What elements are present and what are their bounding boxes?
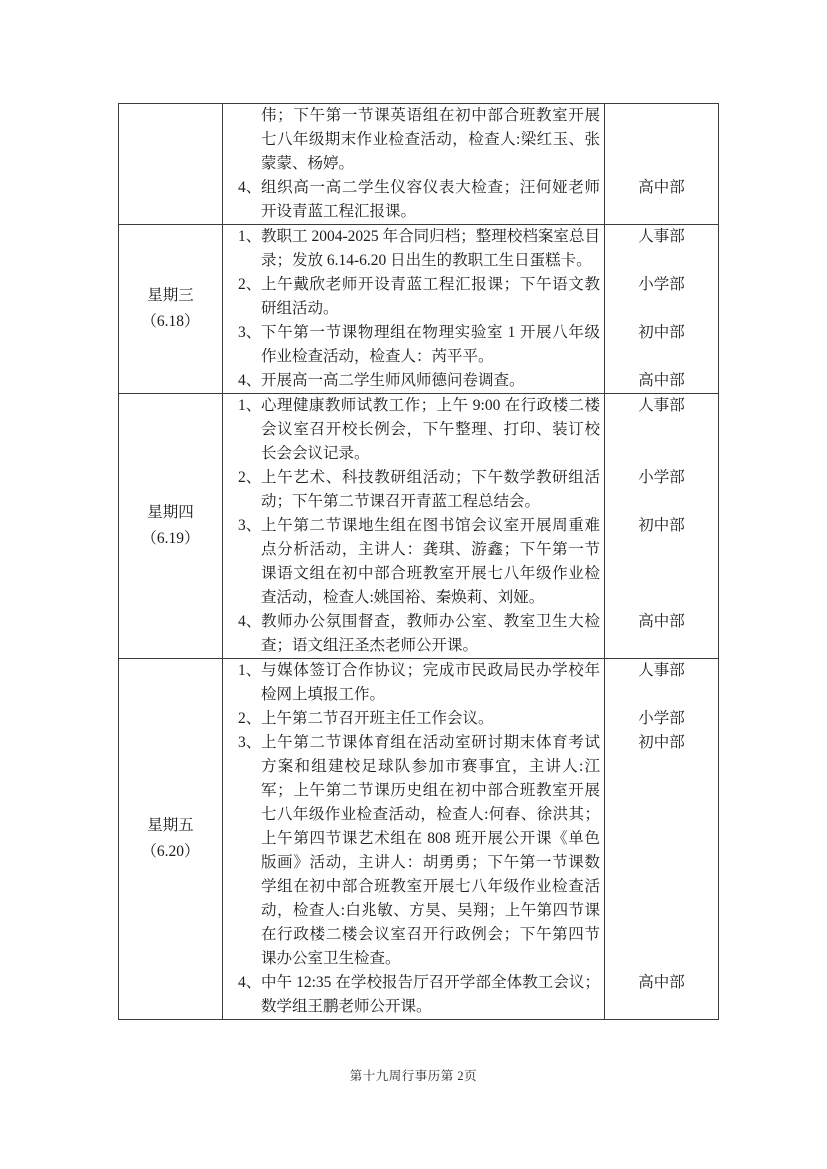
activity-cell: 2、上午第二节召开班主任工作会议。 — [223, 707, 605, 731]
activity-item: 伟；下午第一节课英语组在初中部合班教室开展七八年级期末作业检查活动，检查人:梁红… — [223, 104, 604, 176]
department-label: 高中部 — [638, 179, 685, 196]
item-number: 3、 — [238, 514, 261, 538]
activity-cell: 3、上午第二节课体育组在活动室研讨期末体育考试方案和组建校足球队参加市赛事宜，主… — [223, 731, 605, 971]
department-cell: 高中部 — [605, 610, 719, 659]
department-cell: 人事部 — [605, 659, 719, 708]
day-cell: 星期三（6.18） — [119, 225, 223, 394]
department-label: 初中部 — [638, 324, 685, 341]
activity-cell: 4、开展高一高二学生师风师德问卷调查。 — [223, 369, 605, 394]
department-cell: 人事部 — [605, 225, 719, 274]
activity-item: 2、上午戴欣老师开设青蓝工程汇报课；下午语文教研组活动。 — [223, 273, 604, 321]
activity-cell: 3、上午第二节课地生组在图书馆会议室开展周重难点分析活动，主讲人：龚琪、游鑫；下… — [223, 514, 605, 610]
activity-cell: 2、上午艺术、科技教研组活动；下午数学教研组活动；下午第二节课召开青蓝工程总结会… — [223, 466, 605, 514]
item-number: 3、 — [238, 321, 261, 345]
department-label: 高中部 — [638, 974, 685, 991]
department-label: 高中部 — [638, 372, 685, 389]
activity-item: 4、组织高一高二学生仪容仪表大检查；汪何娅老师开设青蓝工程汇报课。 — [223, 176, 604, 224]
activity-item: 2、上午第二节召开班主任工作会议。 — [223, 707, 604, 731]
department-cell: 小学部 — [605, 466, 719, 514]
item-number: 2、 — [238, 273, 261, 297]
department-cell: 人事部 — [605, 394, 719, 467]
activity-cell: 3、下午第一节课物理组在物理实验室 1 开展八年级作业检查活动，检查人：芮平平。 — [223, 321, 605, 369]
department-label: 小学部 — [638, 710, 685, 727]
activity-item: 1、教职工 2004-2025 年合同归档；整理校档案室总目录；发放 6.14-… — [223, 225, 604, 273]
activity-item: 4、开展高一高二学生师风师德问卷调查。 — [223, 369, 604, 393]
item-text: 上午戴欣老师开设青蓝工程汇报课；下午语文教研组活动。 — [261, 276, 600, 317]
department-label: 初中部 — [638, 734, 685, 751]
schedule-row: 星期四（6.19）1、心理健康教师试教工作；上午 9:00 在行政楼二楼会议室召… — [119, 394, 719, 467]
item-text: 上午第二节课地生组在图书馆会议室开展周重难点分析活动，主讲人：龚琪、游鑫；下午第… — [261, 517, 600, 606]
item-text: 开展高一高二学生师风师德问卷调查。 — [261, 372, 525, 389]
activity-item: 4、教师办公氛围督查，教师办公室、教室卫生大检查；语文组汪圣杰老师公开课。 — [223, 610, 604, 658]
item-number: 2、 — [238, 707, 261, 731]
item-number: 2、 — [238, 466, 261, 490]
department-label: 人事部 — [638, 662, 685, 679]
schedule-row: 星期三（6.18）1、教职工 2004-2025 年合同归档；整理校档案室总目录… — [119, 225, 719, 274]
day-cell: 星期四（6.19） — [119, 394, 223, 659]
item-text: 下午第一节课物理组在物理实验室 1 开展八年级作业检查活动，检查人：芮平平。 — [261, 324, 600, 365]
day-date: （6.18） — [119, 309, 222, 335]
item-number: 4、 — [238, 369, 261, 393]
item-text: 中午 12:35 在学校报告厅召开学部全体教工会议；数学组王鹏老师公开课。 — [261, 974, 600, 1015]
activity-cell: 1、心理健康教师试教工作；上午 9:00 在行政楼二楼会议室召开校长例会，下午整… — [223, 394, 605, 467]
activity-cell: 4、教师办公氛围督查，教师办公室、教室卫生大检查；语文组汪圣杰老师公开课。 — [223, 610, 605, 659]
page-footer: 第十九周行事历第 2页 — [0, 1066, 827, 1084]
item-number: 4、 — [238, 971, 261, 995]
department-label: 初中部 — [638, 517, 685, 534]
department-cell: 初中部 — [605, 321, 719, 369]
department-label: 人事部 — [638, 228, 685, 245]
day-date: （6.20） — [119, 839, 222, 865]
activity-cell: 1、教职工 2004-2025 年合同归档；整理校档案室总目录；发放 6.14-… — [223, 225, 605, 274]
schedule-row: 伟；下午第一节课英语组在初中部合班教室开展七八年级期末作业检查活动，检查人:梁红… — [119, 104, 719, 177]
item-number: 3、 — [238, 731, 261, 755]
activity-item: 2、上午艺术、科技教研组活动；下午数学教研组活动；下午第二节课召开青蓝工程总结会… — [223, 466, 604, 514]
department-cell: 小学部 — [605, 273, 719, 321]
day-cell: 星期五（6.20） — [119, 659, 223, 1020]
activity-item: 3、上午第二节课地生组在图书馆会议室开展周重难点分析活动，主讲人：龚琪、游鑫；下… — [223, 514, 604, 610]
activity-item: 1、与媒体签订合作协议；完成市民政局民办学校年检网上填报工作。 — [223, 659, 604, 707]
schedule-row: 星期五（6.20）1、与媒体签订合作协议；完成市民政局民办学校年检网上填报工作。… — [119, 659, 719, 708]
department-cell: 高中部 — [605, 971, 719, 1020]
department-cell: 初中部 — [605, 514, 719, 610]
item-text: 教师办公氛围督查，教师办公室、教室卫生大检查；语文组汪圣杰老师公开课。 — [261, 613, 600, 654]
activity-item: 3、下午第一节课物理组在物理实验室 1 开展八年级作业检查活动，检查人：芮平平。 — [223, 321, 604, 369]
activity-cell: 1、与媒体签订合作协议；完成市民政局民办学校年检网上填报工作。 — [223, 659, 605, 708]
item-text: 伟；下午第一节课英语组在初中部合班教室开展七八年级期末作业检查活动，检查人:梁红… — [261, 107, 600, 172]
item-text: 上午第二节召开班主任工作会议。 — [261, 710, 494, 727]
activity-cell: 4、中午 12:35 在学校报告厅召开学部全体教工会议；数学组王鹏老师公开课。 — [223, 971, 605, 1020]
department-cell: 初中部 — [605, 731, 719, 971]
item-text: 教职工 2004-2025 年合同归档；整理校档案室总目录；发放 6.14-6.… — [261, 228, 600, 269]
day-label: 星期四 — [119, 500, 222, 526]
item-number: 1、 — [238, 659, 261, 683]
activity-cell: 4、组织高一高二学生仪容仪表大检查；汪何娅老师开设青蓝工程汇报课。 — [223, 176, 605, 225]
activity-cell: 2、上午戴欣老师开设青蓝工程汇报课；下午语文教研组活动。 — [223, 273, 605, 321]
day-label: 星期三 — [119, 283, 222, 309]
item-number: 4、 — [238, 176, 261, 200]
item-number: 1、 — [238, 394, 261, 418]
activity-item: 4、中午 12:35 在学校报告厅召开学部全体教工会议；数学组王鹏老师公开课。 — [223, 971, 604, 1019]
department-cell: 小学部 — [605, 707, 719, 731]
department-cell — [605, 104, 719, 177]
weekly-schedule-table: 伟；下午第一节课英语组在初中部合班教室开展七八年级期末作业检查活动，检查人:梁红… — [118, 103, 719, 1020]
item-text: 组织高一高二学生仪容仪表大检查；汪何娅老师开设青蓝工程汇报课。 — [261, 179, 600, 220]
item-text: 上午第二节课体育组在活动室研讨期末体育考试方案和组建校足球队参加市赛事宜，主讲人… — [261, 734, 600, 967]
activity-item: 1、心理健康教师试教工作；上午 9:00 在行政楼二楼会议室召开校长例会，下午整… — [223, 394, 604, 466]
item-text: 与媒体签订合作协议；完成市民政局民办学校年检网上填报工作。 — [261, 662, 600, 703]
activity-cell: 伟；下午第一节课英语组在初中部合班教室开展七八年级期末作业检查活动，检查人:梁红… — [223, 104, 605, 177]
item-number: 4、 — [238, 610, 261, 634]
day-label: 星期五 — [119, 813, 222, 839]
department-cell: 高中部 — [605, 369, 719, 394]
item-text: 上午艺术、科技教研组活动；下午数学教研组活动；下午第二节课召开青蓝工程总结会。 — [261, 469, 600, 510]
day-date: （6.19） — [119, 526, 222, 552]
item-text: 心理健康教师试教工作；上午 9:00 在行政楼二楼会议室召开校长例会，下午整理、… — [261, 397, 600, 462]
item-number: 1、 — [238, 225, 261, 249]
department-label: 人事部 — [638, 397, 685, 414]
department-label: 小学部 — [638, 469, 685, 486]
department-cell: 高中部 — [605, 176, 719, 225]
activity-item: 3、上午第二节课体育组在活动室研讨期末体育考试方案和组建校足球队参加市赛事宜，主… — [223, 731, 604, 971]
department-label: 高中部 — [638, 613, 685, 630]
department-label: 小学部 — [638, 276, 685, 293]
document-page: 伟；下午第一节课英语组在初中部合班教室开展七八年级期末作业检查活动，检查人:梁红… — [0, 0, 827, 1169]
day-cell — [119, 104, 223, 225]
